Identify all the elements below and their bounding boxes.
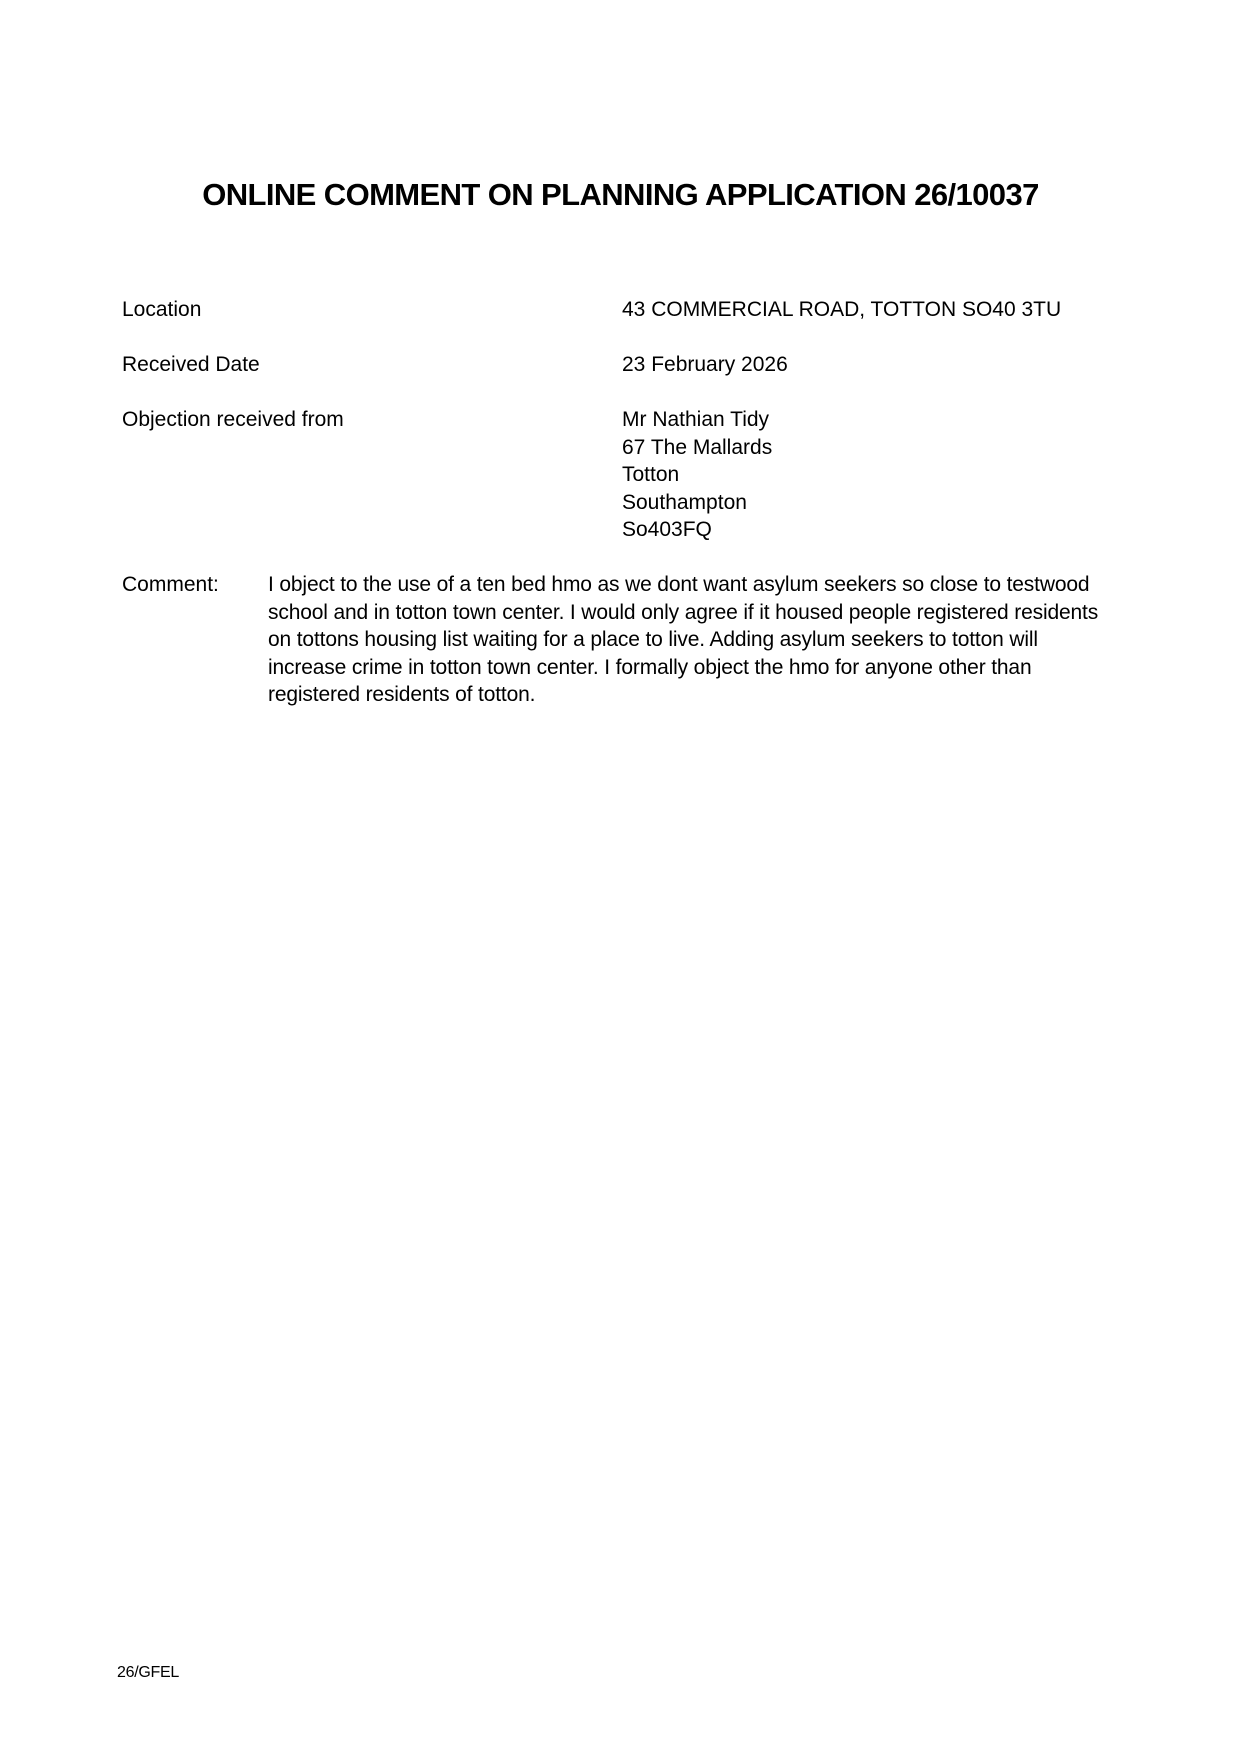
location-label: Location xyxy=(122,296,201,324)
page-title: ONLINE COMMENT ON PLANNING APPLICATION 2… xyxy=(0,175,1241,215)
address-city: Southampton xyxy=(622,489,772,517)
comment-text: I object to the use of a ten bed hmo as … xyxy=(268,571,1110,709)
address-street: 67 The Mallards xyxy=(622,434,772,462)
objector-address: Mr Nathian Tidy 67 The Mallards Totton S… xyxy=(622,406,772,544)
address-postcode: So403FQ xyxy=(622,516,772,544)
location-value: 43 COMMERCIAL ROAD, TOTTON SO40 3TU xyxy=(622,296,1061,324)
received-date-label: Received Date xyxy=(122,351,260,379)
objection-from-label: Objection received from xyxy=(122,406,344,434)
comment-label: Comment: xyxy=(122,571,219,599)
objector-name: Mr Nathian Tidy xyxy=(622,406,772,434)
received-date-value: 23 February 2026 xyxy=(622,351,788,379)
footer-reference: 26/GFEL xyxy=(117,1664,179,1682)
address-town: Totton xyxy=(622,461,772,489)
